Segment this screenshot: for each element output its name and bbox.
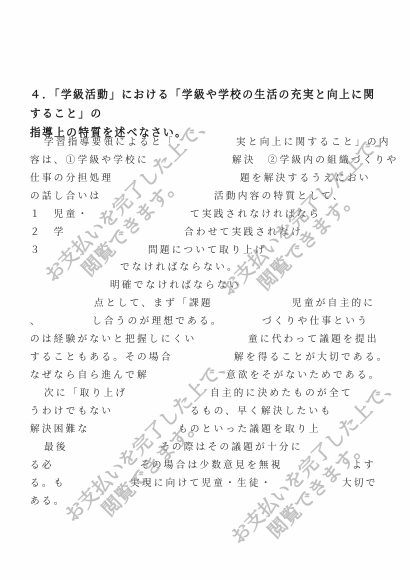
answer-text-segment: でなければならない。 — [120, 262, 239, 274]
answer-text-segment: ３ — [30, 245, 42, 257]
answer-text-segment: 仕事の分担処理 — [30, 173, 113, 185]
question-line-1: ４．「学級活動」における「学級や学校の生活の充実と向上に関すること」の — [30, 86, 380, 124]
answer-text-segment: 解決 ②学級内の組織づくりや — [232, 155, 399, 167]
answer-text-segment: 意欲をそがないためである。 — [226, 370, 381, 382]
answer-text-segment: の話し合いは — [30, 191, 101, 203]
document-page: ４．「学級活動」における「学級や学校の生活の充実と向上に関すること」の 指導上の… — [0, 0, 410, 580]
answer-text-segment: 明確でなければならない — [110, 280, 241, 292]
answer-text-segment: よす — [352, 460, 376, 472]
answer-text-segment: ２ 学 — [30, 227, 66, 239]
answer-text-segment: 解を得ることが大切である。 — [234, 352, 389, 364]
answer-text-segment: 活動内容の特質として、 — [214, 191, 345, 203]
answer-text-segment: 、 — [30, 316, 42, 328]
answer-text-segment: て実践されなければなら — [190, 209, 321, 221]
answer-text-segment: 大切で — [342, 478, 378, 490]
answer-text-segment: １ 児童・ — [30, 209, 89, 221]
answer-text-segment: ある。 — [30, 496, 66, 508]
answer-text-segment: なぜなら自ら進んで解 — [30, 370, 149, 382]
answer-text-segment: 点として、まず「課題 — [94, 298, 213, 310]
answer-text-segment: 題を解決するうえにおい — [240, 173, 371, 185]
answer-text-segment: 問題について取り上げ — [148, 245, 267, 257]
answer-text-segment: る。も — [30, 478, 66, 490]
answer-text-segment: し合うのが理想である。 — [92, 316, 223, 328]
answer-text-segment: のは経験がないと把握しにくい — [30, 334, 197, 346]
answer-text-segment: 実と向上に関すること」の内 — [236, 137, 391, 149]
answer-text-segment: 自主的に決めたものが全て — [210, 388, 353, 400]
answer-text-segment: 合わせて実践されなけ — [184, 227, 303, 239]
answer-text-segment: 最後 — [44, 442, 68, 454]
answer-text-segment: 児童が自主的に — [292, 298, 375, 310]
answer-text-segment: 次に「取り上げ — [44, 388, 127, 400]
answer-text-segment: 童に代わって議題を提出 — [248, 334, 379, 346]
answer-text-segment: することもある。その場合 — [30, 352, 173, 364]
answer-text-segment: るもの、早く解決したいも — [190, 406, 332, 418]
question-heading: ４．「学級活動」における「学級や学校の生活の充実と向上に関すること」の 指導上の… — [30, 86, 380, 143]
answer-text-segment: 実現に向けて児童・生徒・ — [130, 478, 273, 490]
answer-text-segment: 解決困難な — [30, 424, 89, 436]
answer-text-segment: その場合は少数意見を無視 — [140, 460, 283, 472]
answer-text-segment: る必 — [30, 460, 54, 472]
answer-text-segment: ものといった議題を取り上 — [178, 424, 321, 436]
answer-text-segment: づくりや仕事という — [262, 316, 369, 328]
answer-text-segment: 容は、①学級や学校に — [30, 155, 149, 167]
answer-text-segment: その際はその議題が十分に — [160, 442, 303, 454]
answer-text-segment: 学習指導要領によると「 — [44, 137, 175, 149]
answer-text-segment: うわけでもない — [30, 406, 113, 418]
